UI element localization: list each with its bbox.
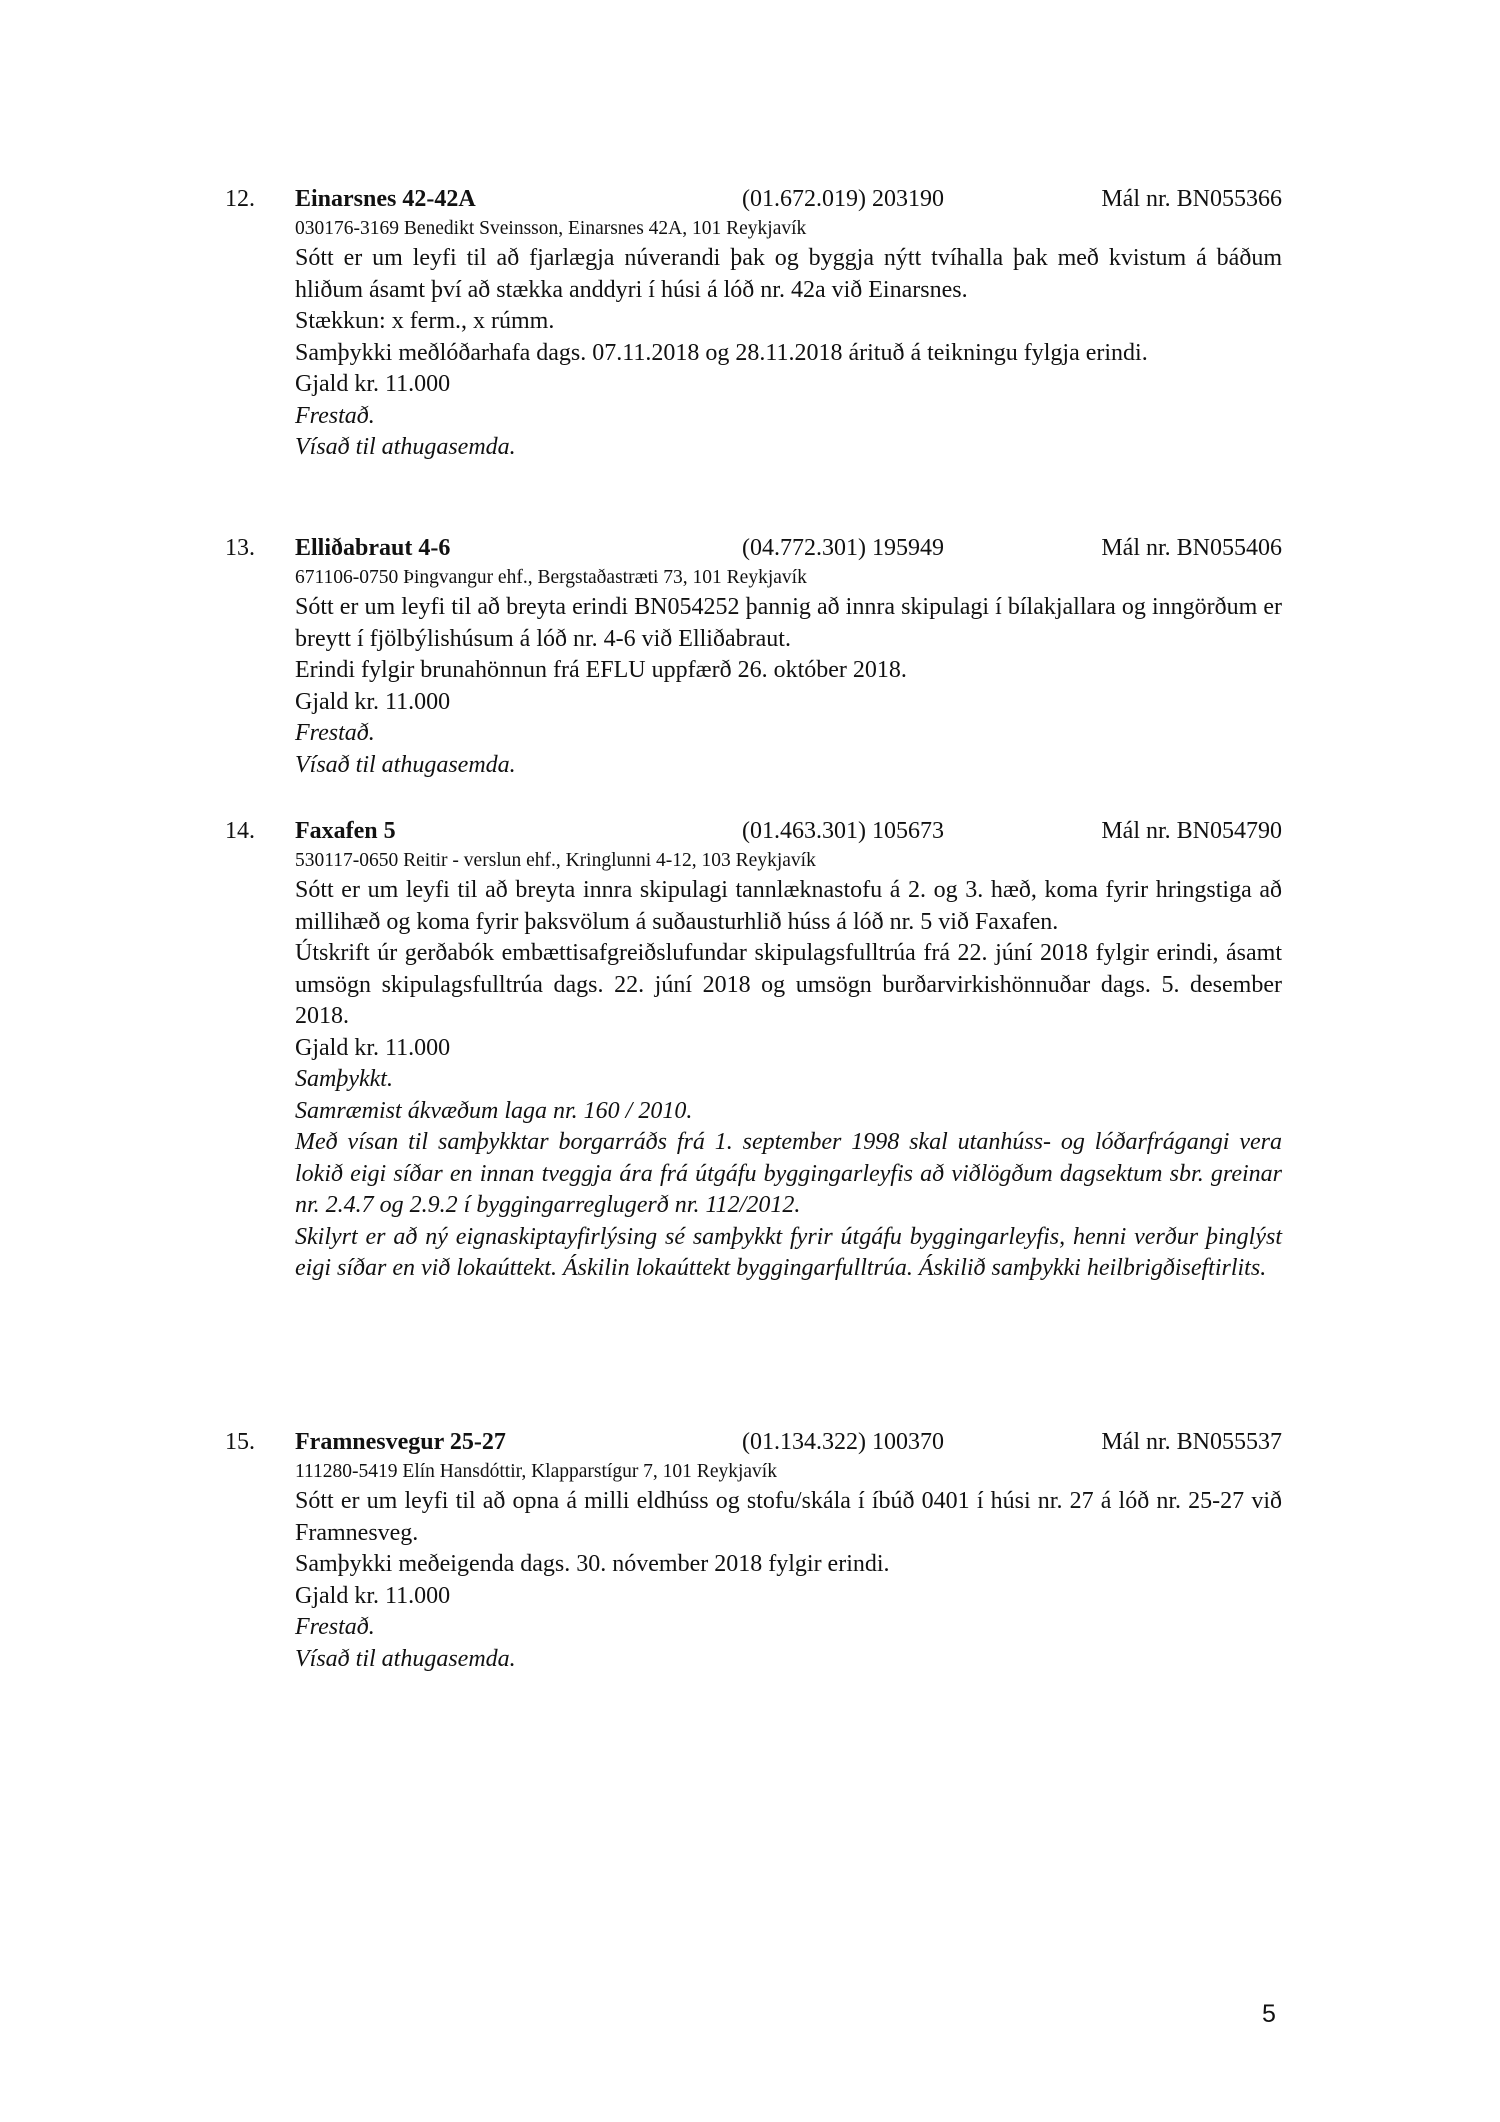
decision: Frestað.: [295, 1612, 1282, 1644]
legal-compliance: Samræmist ákvæðum laga nr. 160 / 2010.: [295, 1096, 1282, 1128]
applicant: 111280-5419 Elín Hansdóttir, Klapparstíg…: [295, 1458, 1282, 1486]
condition-note: Með vísan til samþykktar borgarráðs frá …: [295, 1127, 1282, 1222]
case-title: Elliðabraut 4-6: [295, 532, 450, 564]
description: Sótt er um leyfi til að breyta innra ski…: [295, 875, 1282, 938]
case-reference: Mál nr. BN055537: [1101, 1426, 1282, 1458]
case-body: 530117-0650 Reitir - verslun ehf., Kring…: [295, 847, 1282, 1285]
decision: Frestað.: [295, 401, 1282, 433]
attachment-note: Erindi fylgir brunahönnun frá EFLU uppfæ…: [295, 655, 1282, 687]
case-title: Einarsnes 42-42A: [295, 183, 476, 215]
description: Sótt er um leyfi til að breyta erindi BN…: [295, 592, 1282, 655]
property-id: (01.672.019) 203190: [742, 183, 944, 215]
attachment-note: Útskrift úr gerðabók embættisafgreiðsluf…: [295, 938, 1282, 1033]
case-header: 12. Einarsnes 42-42A (01.672.019) 203190…: [225, 183, 1282, 215]
case-number: 14.: [225, 815, 255, 847]
case-title: Faxafen 5: [295, 815, 396, 847]
case-13: 13. Elliðabraut 4-6 (04.772.301) 195949 …: [225, 532, 1282, 781]
applicant: 030176-3169 Benedikt Sveinsson, Einarsne…: [295, 215, 1282, 243]
case-reference: Mál nr. BN055366: [1101, 183, 1282, 215]
document-page: 12. Einarsnes 42-42A (01.672.019) 203190…: [0, 0, 1500, 2122]
attachment-note: Samþykki meðeigenda dags. 30. nóvember 2…: [295, 1549, 1282, 1581]
property-id: (01.463.301) 105673: [742, 815, 944, 847]
applicant: 671106-0750 Þingvangur ehf., Bergstaðast…: [295, 564, 1282, 592]
description: Sótt er um leyfi til að fjarlægja núvera…: [295, 243, 1282, 306]
case-body: 671106-0750 Þingvangur ehf., Bergstaðast…: [295, 564, 1282, 781]
applicant: 530117-0650 Reitir - verslun ehf., Kring…: [295, 847, 1282, 875]
case-15: 15. Framnesvegur 25-27 (01.134.322) 1003…: [225, 1426, 1282, 1675]
case-reference: Mál nr. BN054790: [1101, 815, 1282, 847]
description: Sótt er um leyfi til að opna á milli eld…: [295, 1486, 1282, 1549]
decision: Frestað.: [295, 718, 1282, 750]
case-14: 14. Faxafen 5 (01.463.301) 105673 Mál nr…: [225, 815, 1282, 1285]
case-number: 15.: [225, 1426, 255, 1458]
case-12: 12. Einarsnes 42-42A (01.672.019) 203190…: [225, 183, 1282, 464]
case-reference: Mál nr. BN055406: [1101, 532, 1282, 564]
decision: Samþykkt.: [295, 1064, 1282, 1096]
case-title: Framnesvegur 25-27: [295, 1426, 506, 1458]
fee: Gjald kr. 11.000: [295, 369, 1282, 401]
case-body: 030176-3169 Benedikt Sveinsson, Einarsne…: [295, 215, 1282, 464]
fee: Gjald kr. 11.000: [295, 1033, 1282, 1065]
case-number: 13.: [225, 532, 255, 564]
fee: Gjald kr. 11.000: [295, 687, 1282, 719]
page-number: 5: [1262, 2000, 1276, 2029]
condition-note: Skilyrt er að ný eignaskiptayfirlýsing s…: [295, 1222, 1282, 1285]
case-header: 15. Framnesvegur 25-27 (01.134.322) 1003…: [225, 1426, 1282, 1458]
decision-note: Vísað til athugasemda.: [295, 432, 1282, 464]
case-number: 12.: [225, 183, 255, 215]
case-header: 13. Elliðabraut 4-6 (04.772.301) 195949 …: [225, 532, 1282, 564]
case-body: 111280-5419 Elín Hansdóttir, Klapparstíg…: [295, 1458, 1282, 1675]
size-info: Stækkun: x ferm., x rúmm.: [295, 306, 1282, 338]
property-id: (04.772.301) 195949: [742, 532, 944, 564]
decision-note: Vísað til athugasemda.: [295, 1644, 1282, 1676]
fee: Gjald kr. 11.000: [295, 1581, 1282, 1613]
decision-note: Vísað til athugasemda.: [295, 750, 1282, 782]
attachment-note: Samþykki meðlóðarhafa dags. 07.11.2018 o…: [295, 338, 1282, 370]
case-header: 14. Faxafen 5 (01.463.301) 105673 Mál nr…: [225, 815, 1282, 847]
property-id: (01.134.322) 100370: [742, 1426, 944, 1458]
